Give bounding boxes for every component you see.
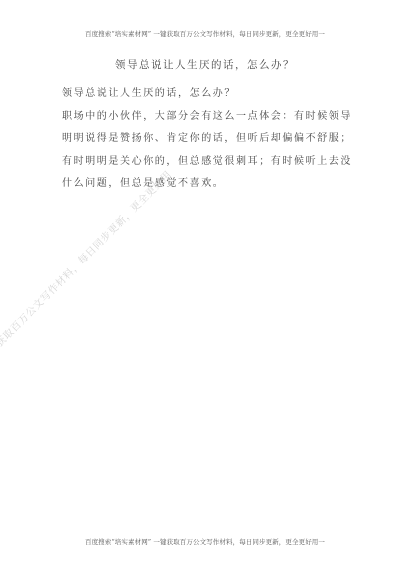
body-line: 明明说得是赞扬你、肯定你的话，但听后却偏偏不舒服； [62, 128, 352, 151]
document-title: 领导总说让人生厌的话，怎么办？ [0, 57, 410, 72]
body-line: 什么问题，但总是感觉不喜欢。 [62, 173, 352, 196]
body-line: 领导总说让人生厌的话，怎么办？ [62, 83, 352, 106]
body-line: 有时明明是关心你的，但总感觉很刺耳；有时候听上去没 [62, 151, 352, 174]
page-header: 百度搜索“培实素材网” 一键获取百万公文写作材料，每日同步更新，更全更好用一 [0, 29, 410, 38]
document-page: 百度搜索“培实素材网” 一键获取百万公文写作材料，每日同步更新，更全更好用一 领… [0, 0, 410, 580]
diagonal-watermark: 百度搜索“培实素材网” 一键获取百万公文写作材料，每日同步更新，更全更好用 [0, 166, 174, 442]
page-footer: 百度搜索“培实素材网” 一键获取百万公文写作材料，每日同步更新，更全更好用一 [0, 537, 410, 546]
document-body: 领导总说让人生厌的话，怎么办？ 职场中的小伙伴，大部分会有这么一点体会：有时候领… [62, 83, 352, 196]
body-line: 职场中的小伙伴，大部分会有这么一点体会：有时候领导 [62, 106, 352, 129]
